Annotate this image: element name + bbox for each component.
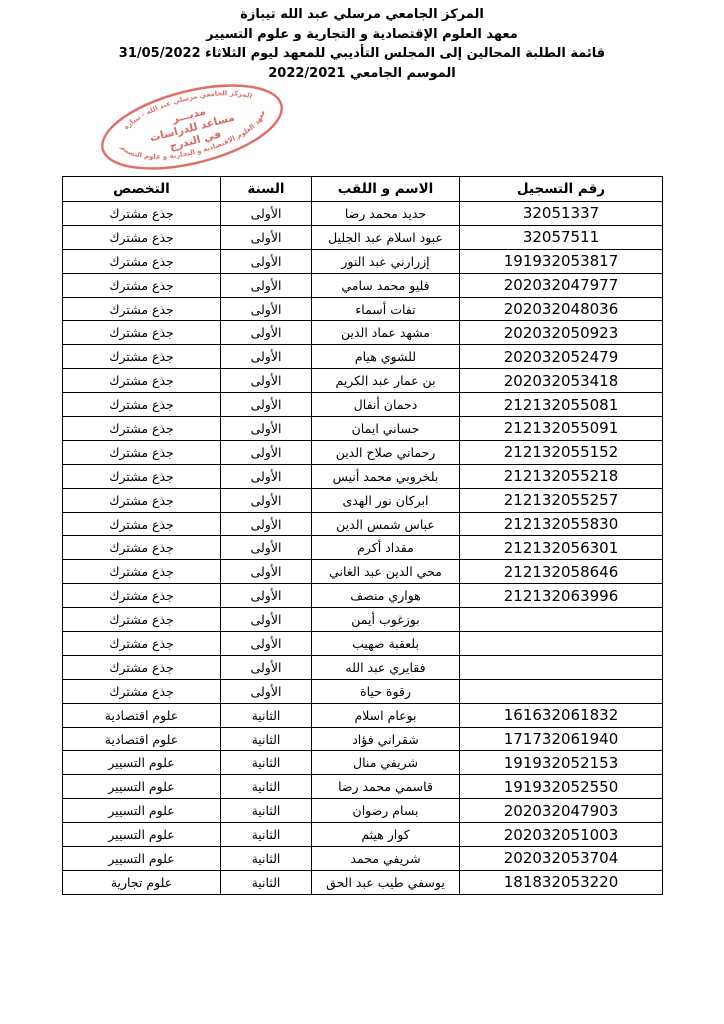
cell-student-name: بن عمار عبد الكريم xyxy=(312,369,460,393)
cell-specialty: علوم اقتصادية xyxy=(63,727,221,751)
cell-registration-number: 161632061832 xyxy=(460,703,663,727)
cell-year: الثانية xyxy=(221,847,312,871)
cell-specialty: جذع مشترك xyxy=(63,440,221,464)
table-row: 161632061832بوعام اسلامالثانيةعلوم اقتصا… xyxy=(63,703,663,727)
cell-year: الثانية xyxy=(221,703,312,727)
cell-registration-number xyxy=(460,679,663,703)
cell-year: الأولى xyxy=(221,273,312,297)
cell-year: الأولى xyxy=(221,393,312,417)
cell-registration-number: 191932053817 xyxy=(460,249,663,273)
cell-year: الأولى xyxy=(221,225,312,249)
cell-student-name: شريفي محمد xyxy=(312,847,460,871)
cell-year: الثانية xyxy=(221,799,312,823)
cell-registration-number: 202032051003 xyxy=(460,823,663,847)
cell-registration-number: 212132055218 xyxy=(460,464,663,488)
table-row: 191932053817إزرارني عبد النورالأولىجذع م… xyxy=(63,249,663,273)
cell-specialty: علوم التسيير xyxy=(63,775,221,799)
table-row: 202032051003كوار هيثمالثانيةعلوم التسيير xyxy=(63,823,663,847)
cell-registration-number: 202032048036 xyxy=(460,297,663,321)
cell-registration-number xyxy=(460,632,663,656)
table-row: رقوة حياةالأولىجذع مشترك xyxy=(63,679,663,703)
cell-specialty: جذع مشترك xyxy=(63,512,221,536)
table-row: بوزغوب أيمنالأولىجذع مشترك xyxy=(63,608,663,632)
cell-year: الثانية xyxy=(221,775,312,799)
cell-specialty: جذع مشترك xyxy=(63,560,221,584)
cell-registration-number: 202032052479 xyxy=(460,345,663,369)
cell-student-name: بوزغوب أيمن xyxy=(312,608,460,632)
students-table-header: رقم التسجيل الاسم و اللقب السنة التخصص xyxy=(63,177,663,202)
table-row: 212132056301مقداد أكرمالأولىجذع مشترك xyxy=(63,536,663,560)
cell-specialty: علوم التسيير xyxy=(63,823,221,847)
cell-registration-number: 212132055091 xyxy=(460,417,663,441)
col-header-student-name: الاسم و اللقب xyxy=(312,177,460,202)
cell-student-name: شقراني فؤاد xyxy=(312,727,460,751)
cell-year: الأولى xyxy=(221,321,312,345)
table-row: 171732061940شقراني فؤادالثانيةعلوم اقتصا… xyxy=(63,727,663,751)
cell-student-name: بلعقبة صهيب xyxy=(312,632,460,656)
cell-year: الأولى xyxy=(221,369,312,393)
cell-specialty: علوم اقتصادية xyxy=(63,703,221,727)
table-row: 202032047977فليو محمد ساميالأولىجذع مشتر… xyxy=(63,273,663,297)
cell-student-name: قاسمي محمد رضا xyxy=(312,775,460,799)
cell-specialty: علوم تجارية xyxy=(63,870,221,894)
cell-year: الثانية xyxy=(221,823,312,847)
cell-registration-number xyxy=(460,655,663,679)
cell-registration-number: 212132055830 xyxy=(460,512,663,536)
table-row: 202032047903بسام رضوانالثانيةعلوم التسيي… xyxy=(63,799,663,823)
cell-specialty: جذع مشترك xyxy=(63,608,221,632)
document-header: المركز الجامعي مرسلي عبد الله تيبازة معه… xyxy=(0,5,724,83)
cell-student-name: إزرارني عبد النور xyxy=(312,249,460,273)
cell-registration-number: 32051337 xyxy=(460,202,663,226)
cell-student-name: محي الدين عبد الغاني xyxy=(312,560,460,584)
table-row: 202032053704شريفي محمدالثانيةعلوم التسيي… xyxy=(63,847,663,871)
cell-year: الأولى xyxy=(221,345,312,369)
cell-registration-number: 212132055081 xyxy=(460,393,663,417)
cell-student-name: تفات أسماء xyxy=(312,297,460,321)
cell-registration-number: 212132058646 xyxy=(460,560,663,584)
table-row: 212132055081دحمان أنفالالأولىجذع مشترك xyxy=(63,393,663,417)
table-row: 32051337حديد محمد رضاالأولىجذع مشترك xyxy=(63,202,663,226)
header-row: رقم التسجيل الاسم و اللقب السنة التخصص xyxy=(63,177,663,202)
cell-specialty: جذع مشترك xyxy=(63,345,221,369)
cell-year: الأولى xyxy=(221,488,312,512)
cell-student-name: مشهد عماد الدين xyxy=(312,321,460,345)
cell-registration-number: 202032053418 xyxy=(460,369,663,393)
cell-year: الأولى xyxy=(221,560,312,584)
cell-year: الثانية xyxy=(221,870,312,894)
cell-student-name: حديد محمد رضا xyxy=(312,202,460,226)
cell-registration-number: 212132055257 xyxy=(460,488,663,512)
cell-specialty: جذع مشترك xyxy=(63,249,221,273)
table-row: 181832053220يوسفي طيب عبد الحقالثانيةعلو… xyxy=(63,870,663,894)
table-row: 202032052479للشوي هيامالأولىجذع مشترك xyxy=(63,345,663,369)
students-table-body: 32051337حديد محمد رضاالأولىجذع مشترك3205… xyxy=(63,202,663,895)
cell-specialty: جذع مشترك xyxy=(63,655,221,679)
cell-student-name: يوسفي طيب عبد الحق xyxy=(312,870,460,894)
cell-registration-number: 202032047977 xyxy=(460,273,663,297)
cell-specialty: جذع مشترك xyxy=(63,679,221,703)
table-row: 202032048036تفات أسماءالأولىجذع مشترك xyxy=(63,297,663,321)
cell-specialty: جذع مشترك xyxy=(63,225,221,249)
table-row: 191932052550قاسمي محمد رضاالثانيةعلوم ال… xyxy=(63,775,663,799)
official-stamp: المركز الجامعي مرسلي عبد الله - تيبازة م… xyxy=(82,78,302,176)
cell-student-name: عباس شمس الدين xyxy=(312,512,460,536)
cell-year: الأولى xyxy=(221,536,312,560)
cell-student-name: بوعام اسلام xyxy=(312,703,460,727)
cell-specialty: جذع مشترك xyxy=(63,369,221,393)
cell-year: الأولى xyxy=(221,632,312,656)
table-row: 212132055091حساني ايمانالأولىجذع مشترك xyxy=(63,417,663,441)
cell-student-name: فقايري عبد الله xyxy=(312,655,460,679)
table-row: 212132055257ابركان نور الهدىالأولىجذع مش… xyxy=(63,488,663,512)
cell-specialty: جذع مشترك xyxy=(63,393,221,417)
cell-student-name: ابركان نور الهدى xyxy=(312,488,460,512)
cell-specialty: جذع مشترك xyxy=(63,273,221,297)
cell-year: الثانية xyxy=(221,751,312,775)
cell-student-name: هواري منصف xyxy=(312,584,460,608)
cell-registration-number: 171732061940 xyxy=(460,727,663,751)
table-row: 212132063996هواري منصفالأولىجذع مشترك xyxy=(63,584,663,608)
cell-registration-number: 191932052153 xyxy=(460,751,663,775)
col-header-registration-number: رقم التسجيل xyxy=(460,177,663,202)
table-row: 202032050923مشهد عماد الدينالأولىجذع مشت… xyxy=(63,321,663,345)
cell-year: الثانية xyxy=(221,727,312,751)
cell-registration-number: 191932052550 xyxy=(460,775,663,799)
students-table: رقم التسجيل الاسم و اللقب السنة التخصص 3… xyxy=(62,176,663,895)
cell-registration-number: 212132055152 xyxy=(460,440,663,464)
cell-specialty: جذع مشترك xyxy=(63,632,221,656)
table-row: 191932052153شريفي منالالثانيةعلوم التسيي… xyxy=(63,751,663,775)
cell-year: الأولى xyxy=(221,512,312,536)
cell-student-name: بلخروبي محمد أنيس xyxy=(312,464,460,488)
cell-year: الأولى xyxy=(221,584,312,608)
cell-specialty: جذع مشترك xyxy=(63,321,221,345)
cell-year: الأولى xyxy=(221,417,312,441)
cell-year: الأولى xyxy=(221,464,312,488)
table-row: فقايري عبد اللهالأولىجذع مشترك xyxy=(63,655,663,679)
cell-student-name: رحماني صلاح الدين xyxy=(312,440,460,464)
cell-registration-number: 212132056301 xyxy=(460,536,663,560)
cell-year: الأولى xyxy=(221,440,312,464)
table-row: 202032053418بن عمار عبد الكريمالأولىجذع … xyxy=(63,369,663,393)
cell-student-name: للشوي هيام xyxy=(312,345,460,369)
cell-specialty: جذع مشترك xyxy=(63,536,221,560)
table-row: 32057511عبود اسلام عبد الجليلالأولىجذع م… xyxy=(63,225,663,249)
table-row: بلعقبة صهيبالأولىجذع مشترك xyxy=(63,632,663,656)
cell-year: الأولى xyxy=(221,202,312,226)
cell-year: الأولى xyxy=(221,608,312,632)
document-page: المركز الجامعي مرسلي عبد الله تيبازة معه… xyxy=(0,0,724,1024)
cell-specialty: جذع مشترك xyxy=(63,297,221,321)
cell-student-name: عبود اسلام عبد الجليل xyxy=(312,225,460,249)
col-header-year: السنة xyxy=(221,177,312,202)
cell-registration-number xyxy=(460,608,663,632)
cell-year: الأولى xyxy=(221,655,312,679)
cell-student-name: رقوة حياة xyxy=(312,679,460,703)
cell-student-name: مقداد أكرم xyxy=(312,536,460,560)
cell-registration-number: 181832053220 xyxy=(460,870,663,894)
header-line-list-title: قائمة الطلبة المحالين إلى المجلس التأديب… xyxy=(0,44,724,64)
cell-student-name: فليو محمد سامي xyxy=(312,273,460,297)
table-row: 212132055218بلخروبي محمد أنيسالأولىجذع م… xyxy=(63,464,663,488)
table-row: 212132058646محي الدين عبد الغانيالأولىجذ… xyxy=(63,560,663,584)
cell-student-name: شريفي منال xyxy=(312,751,460,775)
cell-specialty: علوم التسيير xyxy=(63,847,221,871)
cell-specialty: جذع مشترك xyxy=(63,202,221,226)
cell-registration-number: 202032053704 xyxy=(460,847,663,871)
cell-specialty: علوم التسيير xyxy=(63,751,221,775)
header-line-institution: المركز الجامعي مرسلي عبد الله تيبازة xyxy=(0,5,724,25)
cell-year: الأولى xyxy=(221,297,312,321)
cell-student-name: بسام رضوان xyxy=(312,799,460,823)
cell-student-name: دحمان أنفال xyxy=(312,393,460,417)
cell-registration-number: 202032047903 xyxy=(460,799,663,823)
cell-registration-number: 202032050923 xyxy=(460,321,663,345)
cell-student-name: كوار هيثم xyxy=(312,823,460,847)
cell-specialty: جذع مشترك xyxy=(63,488,221,512)
cell-student-name: حساني ايمان xyxy=(312,417,460,441)
cell-registration-number: 212132063996 xyxy=(460,584,663,608)
cell-year: الأولى xyxy=(221,249,312,273)
table-row: 212132055830عباس شمس الدينالأولىجذع مشتر… xyxy=(63,512,663,536)
cell-specialty: علوم التسيير xyxy=(63,799,221,823)
cell-registration-number: 32057511 xyxy=(460,225,663,249)
cell-year: الأولى xyxy=(221,679,312,703)
cell-specialty: جذع مشترك xyxy=(63,417,221,441)
cell-specialty: جذع مشترك xyxy=(63,584,221,608)
header-line-institute: معهد العلوم الإقتصادية و التجارية و علوم… xyxy=(0,25,724,45)
col-header-specialty: التخصص xyxy=(63,177,221,202)
cell-specialty: جذع مشترك xyxy=(63,464,221,488)
table-row: 212132055152رحماني صلاح الدينالأولىجذع م… xyxy=(63,440,663,464)
